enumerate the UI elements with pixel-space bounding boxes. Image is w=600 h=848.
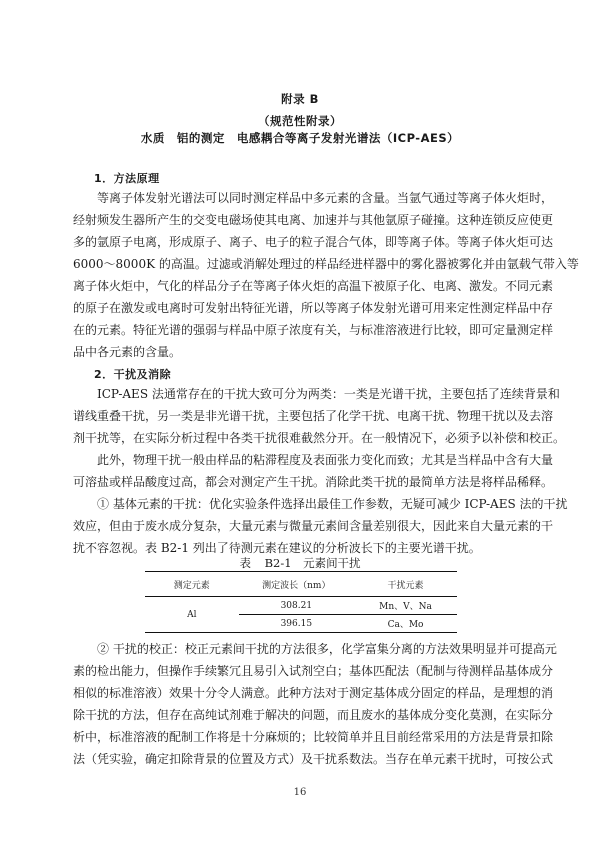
paragraph-line: 谱线重叠干扰，另一类是非光谱干扰，主要包括了化学干扰、电离干扰、物理干扰以及去溶 xyxy=(73,407,531,424)
paragraph-line: ICP-AES 法通常存在的干扰大致可分为两类：一类是光谱干扰，主要包括了连续背… xyxy=(97,385,531,402)
document-page: 附录 B （规范性附录） 水质 铝的测定 电感耦合等离子发射光谱法（ICP-AE… xyxy=(0,0,600,848)
paragraph-line: 此外，物理干扰一般由样品的粘滞程度及表面张力变化而致；尤其是当样品中含有大量 xyxy=(97,451,531,468)
paragraph-line: 剂干扰等，在实际分析过程中各类干扰很难截然分开。在一般情况下，必须予以补偿和校正… xyxy=(73,429,531,446)
table-header-row: 测定元素 测定波长（nm） 干扰元素 xyxy=(145,572,457,597)
element-cell: Al xyxy=(145,597,239,633)
interferents-cell: Mn、V、Na xyxy=(354,597,457,615)
wavelength-cell: 396.15 xyxy=(239,615,354,633)
interference-table: 测定元素 测定波长（nm） 干扰元素 Al 308.21 Mn、V、Na 396… xyxy=(145,571,457,633)
paragraph-line: 除干扰的方法，但存在高纯试剂难于解决的问题，而且废水的基体成分变化莫测，在实际分 xyxy=(73,706,531,723)
paragraph-line: ② 干扰的校正：校正元素间干扰的方法很多，化学富集分离的方法效果明显并可提高元 xyxy=(97,640,531,657)
page-number: 16 xyxy=(0,787,600,798)
paragraph-line: 品中各元素的含量。 xyxy=(73,343,181,360)
paragraph-line: 析中，标准溶液的配制工作将是十分麻烦的；比较简单并且目前经常采用的方法是背景扣除 xyxy=(73,728,531,745)
interferents-cell: Ca、Mo xyxy=(354,615,457,633)
column-header: 干扰元素 xyxy=(354,572,457,597)
document-title: 水质 铝的测定 电感耦合等离子发射光谱法（ICP-AES） xyxy=(0,130,600,146)
paragraph-line: 的原子在激发或电离时可发射出特征光谱，所以等离子体发射光谱可用来定性测定样品中存 xyxy=(73,299,531,316)
paragraph-line: 等离子体发射光谱法可以同时测定样品中多元素的含量。当氩气通过等离子体火炬时， xyxy=(97,189,531,206)
appendix-type: （规范性附录） xyxy=(0,113,600,129)
paragraph-line: 可溶盐或样品酸度过高，都会对测定产生干扰。消除此类干扰的最简单方法是将样品稀释。 xyxy=(73,473,553,490)
column-header: 测定波长（nm） xyxy=(239,572,354,597)
paragraph-line: 在的元素。特征光谱的强弱与样品中原子浓度有关，与标准溶液进行比较，即可定量测定样 xyxy=(73,321,531,338)
paragraph-line: ① 基体元素的干扰：优化实验条件选择出最佳工作参数，无疑可减少 ICP-AES … xyxy=(97,495,531,512)
table-row: Al 308.21 Mn、V、Na xyxy=(145,597,457,615)
paragraph-line: 扰不容忽视。表 B2-1 列出了待测元素在建议的分析波长下的主要光谱干扰。 xyxy=(73,539,481,556)
paragraph-line: 6000～8000K 的高温。过滤或消解处理过的样品经进样器中的雾化器被雾化并由… xyxy=(73,255,531,272)
table-caption: 表 B2-1 元素间干扰 xyxy=(0,555,600,571)
paragraph-line: 离子体火炬中，气化的样品分子在等离子体火炬的高温下被原子化、电离、激发。不同元素 xyxy=(73,277,531,294)
appendix-title: 附录 B xyxy=(0,91,600,107)
section-heading-method-principle: 1．方法原理 xyxy=(94,170,160,186)
section-heading-interference: 2．干扰及消除 xyxy=(94,366,171,382)
paragraph-line: 相似的标准溶液）效果十分令人满意。此种方法对于测定基体成分固定的样品，是理想的消 xyxy=(73,684,531,701)
wavelength-cell: 308.21 xyxy=(239,597,354,615)
paragraph-line: 多的氩原子电离，形成原子、离子、电子的粒子混合气体，即等离子体。等离子体火炬可达 xyxy=(73,233,531,250)
paragraph-line: 效应，但由于废水成分复杂，大量元素与微量元素间含量差别很大，因此来自大量元素的干 xyxy=(73,517,531,534)
paragraph-line: 素的检出能力，但操作手续繁冗且易引入试剂空白；基体匹配法（配制与待测样品基体成分 xyxy=(73,662,531,679)
paragraph-line: 经射频发生器所产生的交变电磁场使其电离、加速并与其他氩原子碰撞。这种连锁反应使更 xyxy=(73,211,531,228)
column-header: 测定元素 xyxy=(145,572,239,597)
paragraph-line: 法（凭实验，确定扣除背景的位置及方式）及干扰系数法。当存在单元素干扰时，可按公式 xyxy=(73,750,531,767)
